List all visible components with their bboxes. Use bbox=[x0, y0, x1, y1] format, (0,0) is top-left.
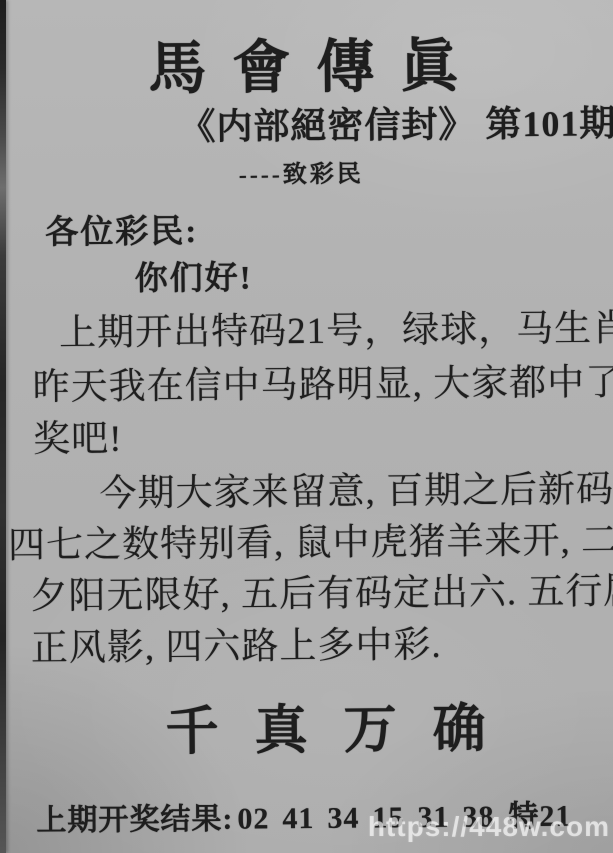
draw-number-1: 02 bbox=[237, 802, 269, 836]
draw-number-2: 41 bbox=[282, 802, 314, 836]
scan-edge-artifact bbox=[0, 0, 6, 853]
body-line-3: 奖吧! bbox=[33, 408, 123, 463]
body-line-7: 正风影, 四六路上多中彩. bbox=[31, 614, 442, 672]
body-line-4: 今期大家来留意, 百期之后新码发. bbox=[99, 458, 613, 517]
document-content: 馬會傳眞 《内部絕密信封》 第101期 ----致彩民 各位彩民: 你们好! 上… bbox=[0, 0, 613, 853]
body-line-5: 四七之数特别看, 鼠中虎猪羊来开, 二三 bbox=[8, 509, 613, 569]
body-line-6: 夕阳无限好, 五后有码定出六. 五行属兔 bbox=[30, 560, 613, 620]
watermark-url: https://448w.com bbox=[368, 811, 610, 843]
dedication-line: ----致彩民 bbox=[239, 153, 364, 189]
salutation-line: 各位彩民: bbox=[45, 205, 198, 253]
previous-draw-label: 上期开奖结果: bbox=[36, 803, 233, 838]
closing-statement: 千真万确 bbox=[165, 686, 522, 765]
body-line-1: 上期开出特码21号，绿球，马生肖。 bbox=[59, 297, 613, 356]
document-title: 馬會傳眞 bbox=[0, 17, 610, 106]
draw-number-3: 34 bbox=[327, 802, 359, 836]
document-subtitle: 《内部絕密信封》 第101期 bbox=[179, 95, 613, 150]
body-line-2: 昨天我在信中马路明显, 大家都中了大 bbox=[32, 351, 613, 410]
fax-document: 馬會傳眞 《内部絕密信封》 第101期 ----致彩民 各位彩民: 你们好! 上… bbox=[0, 0, 613, 853]
greeting-line: 你们好! bbox=[134, 251, 252, 299]
